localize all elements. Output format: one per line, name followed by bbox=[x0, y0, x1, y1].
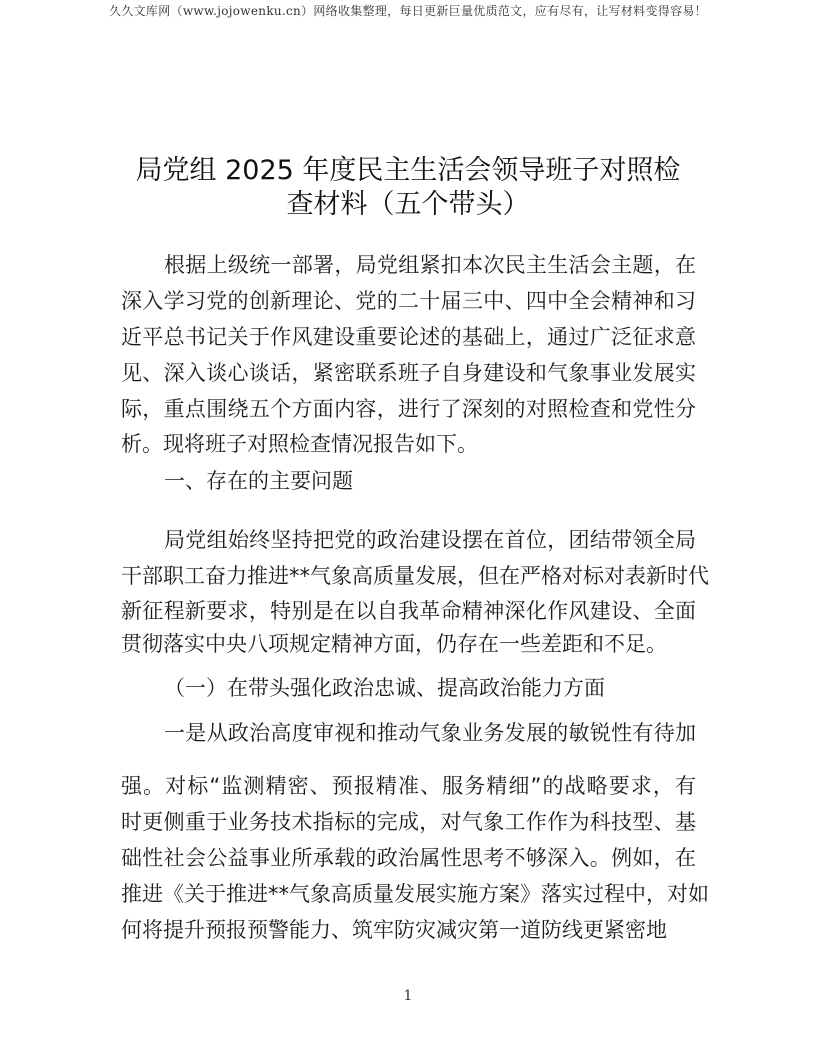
paragraph-line: 干部职工奋力推进**气象高质量发展，但在严格对标对表新时代 bbox=[121, 562, 696, 590]
paragraph-line: 近平总书记关于作风建设重要论述的基础上，通过广泛征求意 bbox=[121, 323, 696, 351]
paragraph-line: 深入学习党的创新理论、党的二十届三中、四中全会精神和习 bbox=[121, 287, 696, 315]
paragraph-line: 时更侧重于业务技术指标的完成，对气象工作作为科技型、基 bbox=[121, 808, 696, 836]
paragraph-line: 一是从政治高度审视和推动气象业务发展的敏锐性有待加 bbox=[164, 719, 696, 747]
paragraph-line: 析。现将班子对照检查情况报告如下。 bbox=[121, 430, 696, 458]
paragraph-line: 际，重点围绕五个方面内容，进行了深刻的对照检查和党性分 bbox=[121, 395, 696, 423]
site-banner: 久久文库网（www.jojowenku.cn）网络收集整理，每日更新巨量优质范文… bbox=[0, 2, 816, 19]
paragraph-line: 推进《关于推进**气象高质量发展实施方案》落实过程中，对如 bbox=[121, 880, 696, 908]
paragraph-line: 见、深入谈心谈话，紧密联系班子自身建设和气象事业发展实 bbox=[121, 359, 696, 387]
paragraph-line: 何将提升预报预警能力、筑牢防灾减灾第一道防线更紧密地 bbox=[121, 916, 696, 944]
paragraph-line: 贯彻落实中央八项规定精神方面，仍存在一些差距和不足。 bbox=[121, 630, 696, 658]
section-heading: 一、存在的主要问题 bbox=[164, 467, 696, 495]
title-line-1: 局党组 2025 年度民主生活会领导班子对照检 bbox=[100, 154, 716, 188]
paragraph-line: 强。对标“监测精密、预报精准、服务精细”的战略要求，有 bbox=[121, 772, 696, 800]
subsection-heading: （一）在带头强化政治忠诚、提高政治能力方面 bbox=[164, 674, 739, 702]
paragraph-line: 局党组始终坚持把党的政治建设摆在首位，团结带领全局 bbox=[164, 526, 696, 554]
paragraph-line: 础性社会公益事业所承载的政治属性思考不够深入。例如，在 bbox=[121, 844, 696, 872]
page-number: 1 bbox=[0, 988, 816, 1004]
paragraph-line: 根据上级统一部署，局党组紧扣本次民主生活会主题，在 bbox=[164, 251, 696, 279]
paragraph-line: 新征程新要求，特别是在以自我革命精神深化作风建设、全面 bbox=[121, 597, 696, 625]
document-title: 局党组 2025 年度民主生活会领导班子对照检 查材料（五个带头） bbox=[100, 154, 716, 222]
title-line-2: 查材料（五个带头） bbox=[100, 188, 716, 222]
